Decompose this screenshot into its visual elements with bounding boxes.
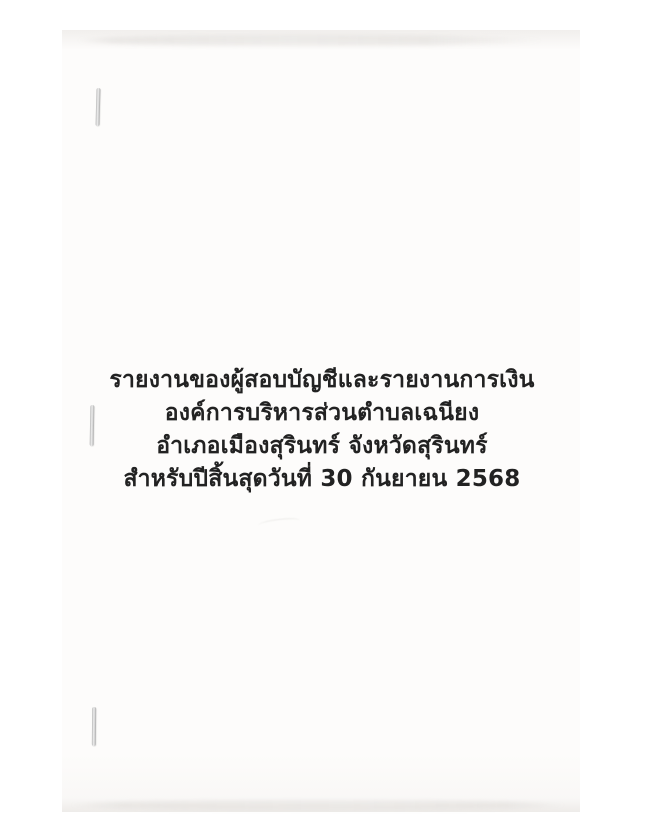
document-title-block: รายงานของผู้สอบบัญชีและรายงานการเงิน องค…: [72, 364, 572, 496]
title-line-fiscal-year-end: สำหรับปีสิ้นสุดวันที่ 30 กันยายน 2568: [72, 463, 572, 496]
page-bottom-edge-shadow: [68, 800, 568, 810]
staple-middle-icon: [90, 405, 95, 446]
page-top-edge-shadow: [76, 35, 546, 46]
title-line-district-province: อำเภอเมืองสุรินทร์ จังหวัดสุรินทร์: [72, 430, 572, 463]
title-line-report: รายงานของผู้สอบบัญชีและรายงานการเงิน: [72, 364, 572, 397]
title-line-organization: องค์การบริหารส่วนตำบลเฉนียง: [72, 397, 572, 430]
scanned-page: รายงานของผู้สอบบัญชีและรายงานการเงิน องค…: [62, 30, 580, 812]
staple-bottom-icon: [92, 707, 96, 746]
paper-crease-mark: [258, 517, 301, 530]
